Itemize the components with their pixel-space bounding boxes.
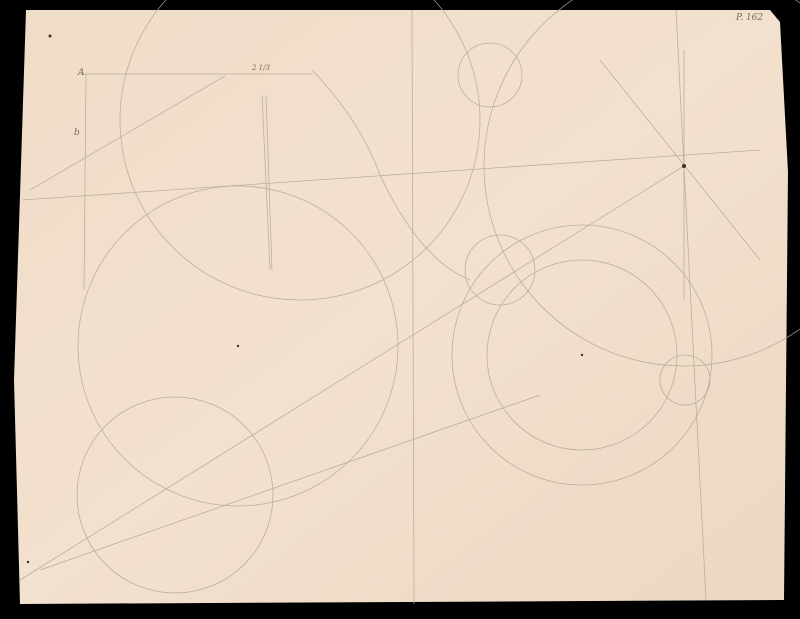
dimension-note: 2 1/3 [252,64,270,72]
point-b-label: b [74,128,80,138]
point-a-label: A [78,68,85,78]
paper-sheet [0,0,800,619]
sheet-number-label: P. 162 [736,13,763,23]
